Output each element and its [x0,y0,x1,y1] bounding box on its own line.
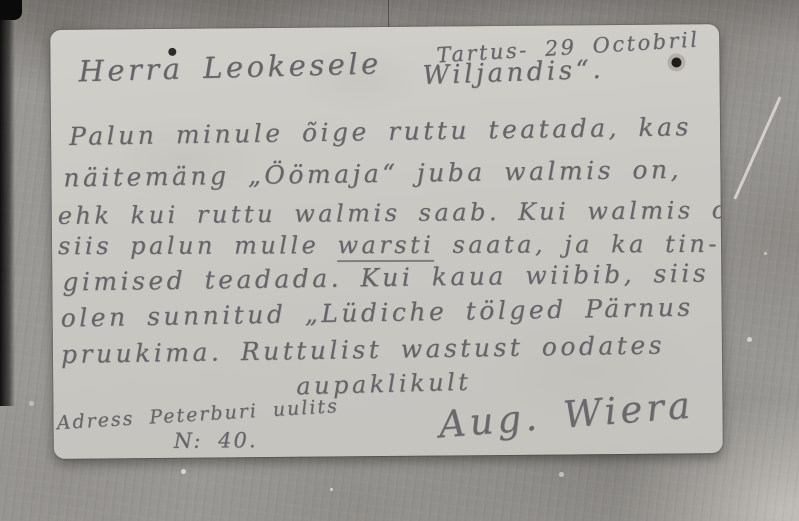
body-line-1: Palun minule õige ruttu teatada, kas [69,112,692,151]
body-line-2: näitemäng „Öömaja“ juba walmis on, [63,155,682,193]
body-line-4-post: saata, ja ka tin- [434,230,720,259]
body-line-6: olen sunnitud „Lüdiche tölged Pärnus [60,293,693,333]
body-line-4-pre: siis palun mulle [58,231,338,260]
salutation-name: Herra Leokesele [78,46,382,88]
salutation-place: Wiljandis“. [422,55,605,91]
ink-blot [671,57,681,67]
address-line-2: N: 40. [174,428,258,453]
dust-specks [0,0,3,3]
underlined-word: warsti [337,231,434,262]
signature: Aug. Wiera [437,383,695,446]
body-line-5: gimised teadada. Kui kaua wiibib, siis [62,258,709,296]
body-line-4: siis palun mulle warsti saata, ja ka tin… [58,230,720,260]
body-line-3: ehk kui ruttu walmis saab. Kui walmis on [58,196,723,230]
left-edge-shadow [0,0,15,406]
body-line-7: pruukima. Ruttulist wastust oodates [61,330,665,368]
scratch-mark [388,0,389,27]
photo-frame: Tartus- 29 Octobril Herra Leokesele Wilj… [0,0,799,521]
postcard: Tartus- 29 Octobril Herra Leokesele Wilj… [50,24,723,459]
